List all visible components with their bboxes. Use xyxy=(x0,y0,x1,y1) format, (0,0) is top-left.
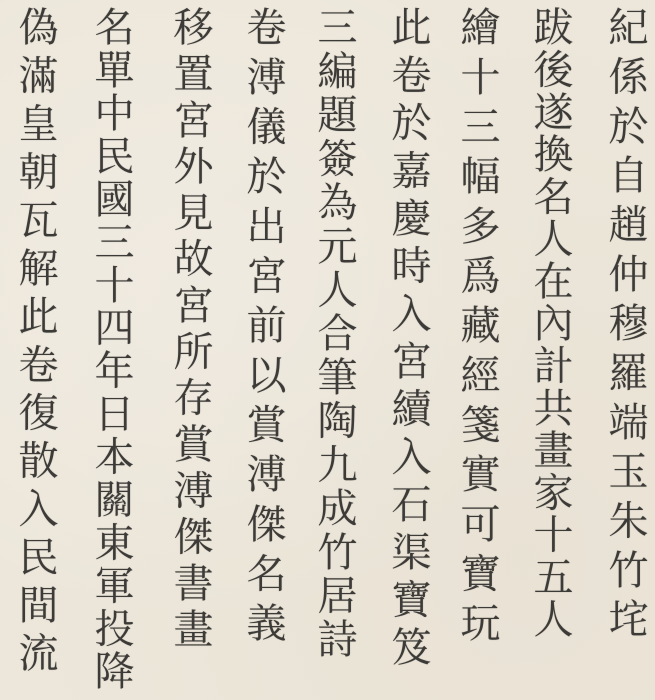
calligraphy-column-1: 紀係於自趙仲穆羅端玉朱竹垞 xyxy=(602,6,648,638)
calligraphy-column-9: 偽滿皇朝瓦解此卷復散入民間流 xyxy=(12,6,58,672)
calligraphy-column-4: 此卷於嘉慶時入宮續入石渠寶笈 xyxy=(385,6,431,666)
calligraphy-column-7: 移置宮外見故宮所存賞溥傑書畫 xyxy=(167,6,213,648)
calligraphy-column-5: 三編題簽為元人合筆陶九成竹居詩 xyxy=(311,6,357,658)
calligraphy-sheet: 紀係於自趙仲穆羅端玉朱竹垞 跋後遂換名人在內計共畫家十五人 繪十三幅多爲藏經箋實… xyxy=(0,0,655,700)
calligraphy-column-3: 繪十三幅多爲藏經箋實可寶玩 xyxy=(454,6,500,642)
calligraphy-column-8: 名單中民國三十四年日本關東軍投降 xyxy=(88,6,134,690)
calligraphy-column-6: 卷溥儀於出宮前以賞溥傑名義 xyxy=(240,6,286,642)
calligraphy-column-2: 跋後遂換名人在內計共畫家十五人 xyxy=(527,6,573,638)
